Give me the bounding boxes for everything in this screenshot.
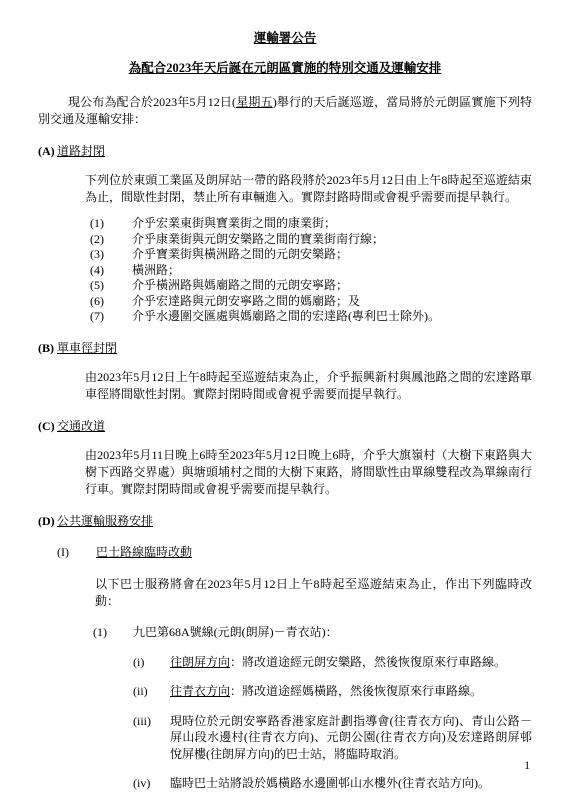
item-number: (2): [90, 232, 132, 248]
bus-intro-paragraph: 以下巴士服務將會在2023年5月12日上午8時起至巡遊結束為止，作出下列臨時改動…: [95, 576, 532, 610]
item-text: 現時位於元朗安寧路香港家庭計劃指導會(往青衣方向)、青山公路－屏山段水邊村(往青…: [170, 713, 532, 763]
item-text: 介乎康業街與元朗安樂路之間的寶業街南行線；: [132, 232, 532, 248]
section-c-label: (C): [38, 418, 57, 435]
direction-label: 往青衣方向: [170, 684, 230, 698]
intro-weekday: 星期五: [236, 95, 273, 109]
item-number: (i): [133, 654, 170, 671]
item-number: (ii): [133, 683, 170, 700]
doc-subtitle: 為配合2023年天后誕在元朗區實施的特別交通及運輸安排: [38, 60, 532, 77]
section-b-heading-row: (B) 單車徑封閉: [38, 340, 532, 357]
route-item: (iv) 臨時巴士站將設於媽橫路水邊圍邨山水樓外(往青衣站方向)。: [133, 775, 532, 792]
route-number: (1): [93, 624, 133, 641]
item-text: 往青衣方向：將改道途經媽橫路，然後恢復原來行車路線。: [170, 683, 532, 700]
page-number: 1: [524, 758, 530, 775]
section-a-heading-row: (A) 道路封閉: [38, 143, 532, 160]
subsection-label: (I): [57, 544, 96, 561]
section-a-heading: 道路封閉: [57, 143, 105, 160]
bus-route-items: (i) 往朗屏方向：將改道途經元朗安樂路，然後恢復原來行車路線。 (ii) 往青…: [133, 654, 532, 792]
item-number: (4): [90, 263, 132, 279]
item-text: 橫洲路；: [132, 263, 532, 279]
notice-document: 運輸署公告 為配合2023年天后誕在元朗區實施的特別交通及運輸安排 現公布為配合…: [0, 0, 566, 800]
list-item: (3) 介乎寶業街與橫洲路之間的元朗安樂路；: [90, 247, 532, 263]
section-c-paragraph: 由2023年5月11日晚上6時至2023年5月12日晚上6時，介乎大旗嶺村（大樹…: [85, 447, 532, 498]
intro-paragraph: 現公布為配合於2023年5月12日(星期五)舉行的天后誕巡遊，當局將於元朗區實施…: [38, 94, 532, 128]
item-number: (3): [90, 247, 132, 263]
direction-label: 往朗屏方向: [170, 655, 230, 669]
item-text: 介乎宏業東街與寶業街之間的康業街；: [132, 216, 532, 232]
item-number: (1): [90, 216, 132, 232]
route-title: 九巴第68A號線(元朗(朗屏)－青衣站)：: [133, 624, 338, 641]
route-item: (ii) 往青衣方向：將改道途經媽橫路，然後恢復原來行車路線。: [133, 683, 532, 700]
item-text-rest: ：將改道途經媽橫路，然後恢復原來行車路線。: [230, 684, 482, 698]
item-text: 臨時巴士站將設於媽橫路水邊圍邨山水樓外(往青衣站方向)。: [170, 775, 532, 792]
item-text: 介乎橫洲路與媽廟路之間的元朗安寧路；: [132, 278, 532, 294]
route-item: (iii) 現時位於元朗安寧路香港家庭計劃指導會(往青衣方向)、青山公路－屏山段…: [133, 713, 532, 763]
section-d-label: (D): [38, 513, 57, 530]
section-d-heading: 公共運輸服務安排: [57, 513, 153, 530]
list-item: (1) 介乎宏業東街與寶業街之間的康業街；: [90, 216, 532, 232]
road-closure-list: (1) 介乎宏業東街與寶業街之間的康業街； (2) 介乎康業街與元朗安樂路之間的…: [90, 216, 532, 325]
section-b-paragraph: 由2023年5月12日上午8時起至巡遊結束為止，介乎振興新村與鳳池路之間的宏達路…: [85, 369, 532, 403]
item-number: (6): [90, 294, 132, 310]
item-text: 往朗屏方向：將改道途經元朗安樂路，然後恢復原來行車路線。: [170, 654, 532, 671]
item-text: 介乎水邊圍交匯處與媽廟路之間的宏達路(專利巴士除外)。: [132, 309, 532, 325]
route-item: (i) 往朗屏方向：將改道途經元朗安樂路，然後恢復原來行車路線。: [133, 654, 532, 671]
intro-text-pre: 現公布為配合於2023年5月12日(: [68, 95, 236, 109]
item-number: (iii): [133, 713, 170, 730]
item-number: (iv): [133, 775, 170, 792]
section-b-label: (B): [38, 340, 57, 357]
subsection-bus-heading-row: (I) 巴士路線臨時改動: [57, 544, 532, 561]
item-text: 介乎宏達路與元朗安寧路之間的媽廟路；及: [132, 294, 532, 310]
item-text-rest: ：將改道途經元朗安樂路，然後恢復原來行車路線。: [230, 655, 506, 669]
list-item: (7) 介乎水邊圍交匯處與媽廟路之間的宏達路(專利巴士除外)。: [90, 309, 532, 325]
list-item: (6) 介乎宏達路與元朗安寧路之間的媽廟路；及: [90, 294, 532, 310]
list-item: (4) 橫洲路；: [90, 263, 532, 279]
section-b-heading: 單車徑封閉: [57, 340, 117, 357]
bus-route-row: (1) 九巴第68A號線(元朗(朗屏)－青衣站)：: [93, 624, 532, 641]
subsection-heading: 巴士路線臨時改動: [96, 544, 192, 561]
section-c-heading: 交通改道: [57, 418, 105, 435]
item-number: (7): [90, 309, 132, 325]
section-a-paragraph: 下列位於東頭工業區及朗屏站一帶的路段將於2023年5月12日由上午8時起至巡遊結…: [85, 172, 532, 206]
list-item: (5) 介乎橫洲路與媽廟路之間的元朗安寧路；: [90, 278, 532, 294]
section-a-label: (A): [38, 143, 57, 160]
section-c-heading-row: (C) 交通改道: [38, 418, 532, 435]
doc-title: 運輸署公告: [38, 30, 532, 47]
section-d-heading-row: (D) 公共運輸服務安排: [38, 513, 532, 530]
item-text: 介乎寶業街與橫洲路之間的元朗安樂路；: [132, 247, 532, 263]
item-number: (5): [90, 278, 132, 294]
list-item: (2) 介乎康業街與元朗安樂路之間的寶業街南行線；: [90, 232, 532, 248]
